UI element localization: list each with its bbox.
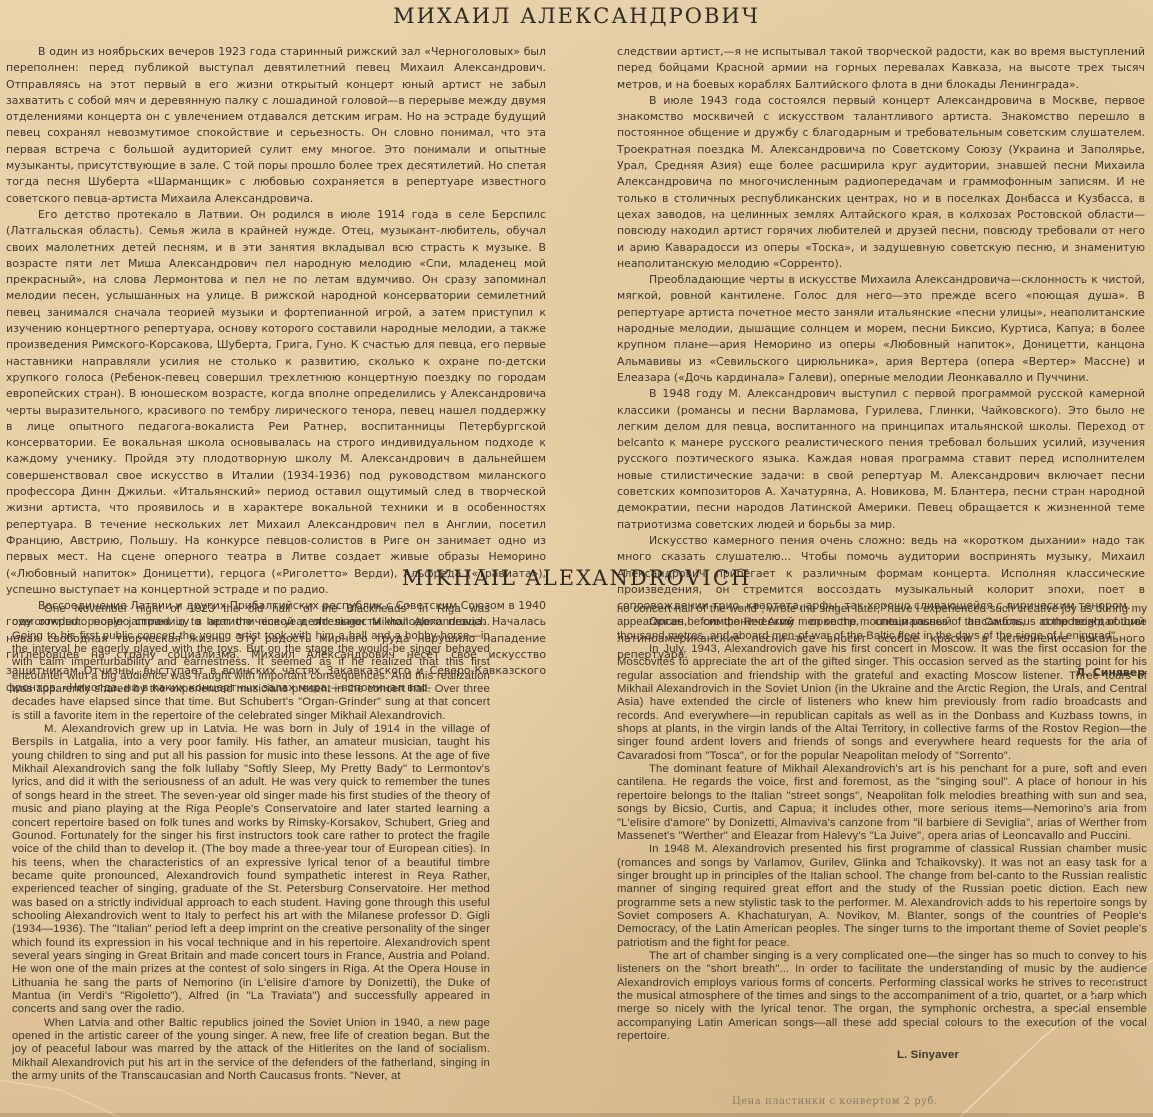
- paragraph: В июле 1943 года состоялся первый концер…: [617, 93, 1145, 272]
- english-left-column: One November night of 1923 the old hall …: [12, 603, 490, 1083]
- paragraph: Его детство протекало в Латвии. Он родил…: [6, 207, 546, 598]
- english-title: MIKHAIL ALEXANDROVICH: [0, 566, 1153, 590]
- paragraph: In July, 1943, Alexandrovich gave his fi…: [617, 643, 1147, 763]
- paragraph: Преобладающие черты в искусстве Михаила …: [617, 272, 1145, 386]
- paragraph-continuation: no concert hall of the world", wrote the…: [617, 603, 1147, 643]
- russian-left-column: В один из ноябрьских вечеров 1923 года с…: [6, 44, 546, 696]
- paragraph: The dominant feature of Mikhail Alexandr…: [617, 763, 1147, 843]
- paragraph: One November night of 1923 the old hall …: [12, 603, 490, 723]
- paragraph: В 1948 году М. Александрович выступил с …: [617, 386, 1145, 533]
- price-note: Цена пластинки с конвертом 2 руб.: [732, 1096, 938, 1107]
- paragraph: In 1948 M. Alexandrovich presented his f…: [617, 843, 1147, 950]
- record-sleeve-back: МИХАИЛ АЛЕКСАНДРОВИЧ В один из ноябрьски…: [0, 0, 1153, 1117]
- paragraph: The art of chamber singing is a very com…: [617, 950, 1147, 1043]
- paragraph-continuation: следствии артист,—я не испытывал такой т…: [617, 44, 1145, 93]
- english-right-column: no concert hall of the world", wrote the…: [617, 603, 1147, 1063]
- paragraph: В один из ноябрьских вечеров 1923 года с…: [6, 44, 546, 207]
- paragraph: M. Alexandrovich grew up in Latvia. He w…: [12, 723, 490, 1017]
- paragraph: When Latvia and other Baltic republics j…: [12, 1017, 490, 1084]
- russian-title: МИХАИЛ АЛЕКСАНДРОВИЧ: [0, 4, 1153, 28]
- english-signature: L. Sinyaver: [617, 1049, 1147, 1062]
